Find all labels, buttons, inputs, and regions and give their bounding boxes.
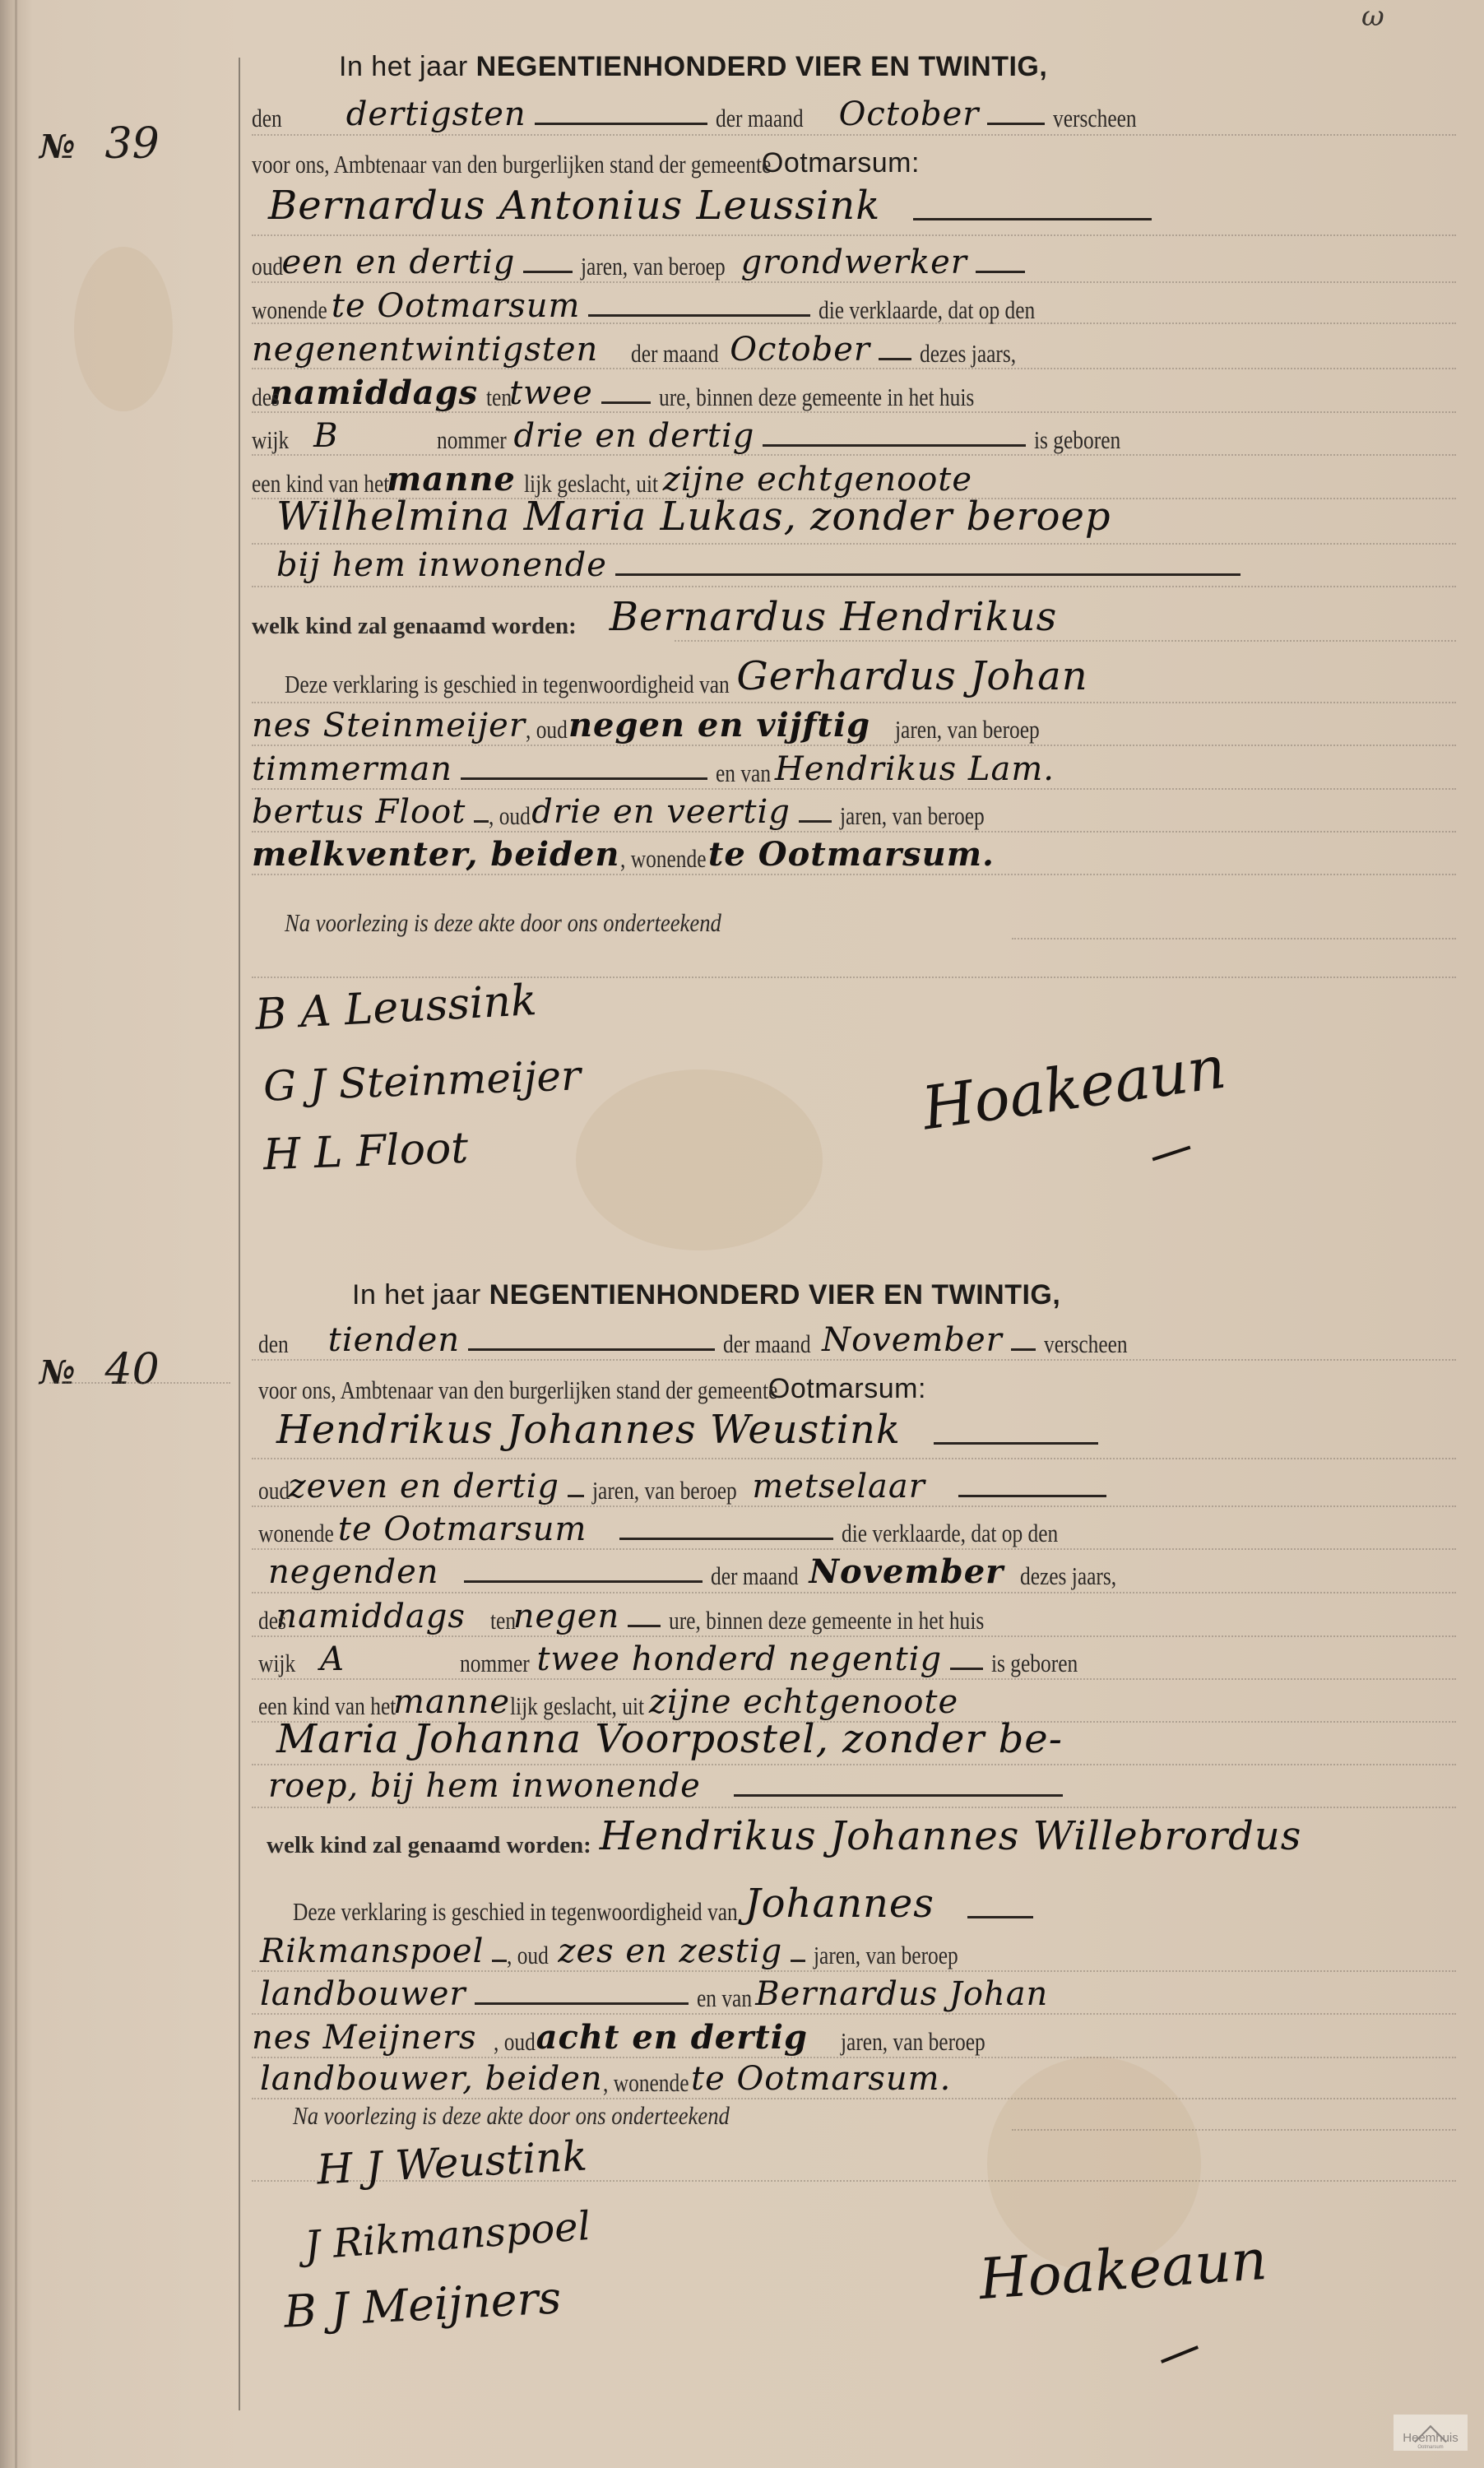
handwritten-hour: negen xyxy=(513,1598,619,1635)
entry-number: №39 xyxy=(39,119,160,169)
line-residence: wonende te Ootmarsum die verklaarde, dat… xyxy=(252,1507,1456,1548)
printed-jaren-beroep: jaren, van beroep xyxy=(581,252,726,281)
printed-municipality: Ootmarsum: xyxy=(762,147,920,179)
printed-wonende: , wonende xyxy=(620,844,706,874)
printed-den: den xyxy=(258,1329,289,1359)
line-witness2-intro: timmerman en van Hendrikus Lam. xyxy=(252,747,1456,788)
rule xyxy=(252,1807,1456,1808)
handwritten-witness2-surname: nes Meijners xyxy=(252,2019,477,2057)
printed-wonende: wonende xyxy=(252,295,327,325)
rule xyxy=(252,134,1456,136)
line-declarant: Hendrikus Johannes Weustink xyxy=(252,1412,1456,1453)
signature-flourish xyxy=(1152,1146,1191,1162)
handwritten-mother-name: Wilhelmina Maria Lukas, zonder beroep xyxy=(276,494,1111,540)
printed-wijk: wijk xyxy=(258,1649,295,1678)
fill-dash xyxy=(464,1580,703,1583)
printed-closing-statement: Na voorlezing is deze akte door ons onde… xyxy=(285,908,721,938)
fill-dash xyxy=(628,1625,661,1627)
fill-dash xyxy=(1011,1348,1036,1351)
printed-ure-binnen: ure, binnen deze gemeente in het huis xyxy=(669,1606,984,1635)
printed-welk-kind: welk kind zal genaamd worden: xyxy=(267,1832,591,1859)
printed-jaren-beroep: jaren, van beroep xyxy=(895,715,1040,745)
signature-declarant: B A Leussink xyxy=(254,976,538,1040)
fill-dash xyxy=(535,123,707,125)
handwritten-birth-day: negenentwintigsten xyxy=(252,331,598,369)
line-mother-name: Wilhelmina Maria Lukas, zonder beroep xyxy=(252,499,1456,540)
fill-dash xyxy=(987,123,1045,125)
line-sex-mother: een kind van het manne lijk geslacht, ui… xyxy=(252,457,1456,499)
printed-der-maand: der maand xyxy=(631,339,719,369)
fill-dash xyxy=(523,271,573,273)
numero-symbol: № xyxy=(39,128,75,166)
line-address: wijk B nommer drie en dertig is geboren xyxy=(252,414,1456,455)
printed-official-text: voor ons, Ambtenaar van den burgerlijken… xyxy=(258,1375,777,1405)
printed-des: des xyxy=(252,383,280,412)
printed-jaren-beroep: jaren, van beroep xyxy=(840,801,985,831)
line-witness2-occupation: melkventer, beiden , wonende te Ootmarsu… xyxy=(252,833,1456,874)
fill-dash xyxy=(615,573,1241,576)
printed-den: den xyxy=(252,104,282,133)
printed-dezes-jaars: dezes jaars, xyxy=(1020,1561,1116,1591)
printed-nommer: nommer xyxy=(460,1649,530,1678)
fill-dash xyxy=(461,777,707,780)
signature-official: Hoakeaun xyxy=(918,1032,1230,1144)
printed-ten: ten xyxy=(490,1606,516,1635)
handwritten-witness-residence: te Ootmarsum. xyxy=(708,835,995,874)
line-birth-date: negenden der maand November dezes jaars, xyxy=(252,1550,1456,1591)
printed-dezes-jaars: dezes jaars, xyxy=(920,339,1016,369)
printed-verklaarde: die verklaarde, dat op den xyxy=(842,1519,1058,1548)
printed-verklaarde: die verklaarde, dat op den xyxy=(819,295,1035,325)
fill-dash xyxy=(475,2002,689,2005)
fill-dash xyxy=(879,358,911,360)
line-child-name: welk kind zal genaamd worden: Hendrikus … xyxy=(252,1818,1456,1859)
handwritten-witness1-name: Johannes xyxy=(744,1881,934,1927)
line-closing: Na voorlezing is deze akte door ons onde… xyxy=(252,2090,1456,2131)
rule xyxy=(252,1359,1456,1361)
handwritten-ward: B xyxy=(313,417,437,455)
handwritten-house-number: twee honderd negentig xyxy=(536,1640,942,1678)
line-witness2-age: nes Meijners , oud acht en dertig jaren,… xyxy=(252,2016,1456,2057)
printed-closing-statement: Na voorlezing is deze akte door ons onde… xyxy=(293,2101,730,2131)
line-cohabiting: bij hem inwonende xyxy=(252,543,1456,584)
line-sex-mother: een kind van het manne lijk geslacht, ui… xyxy=(252,1680,1456,1721)
printed-is-geboren: is geboren xyxy=(991,1649,1078,1678)
handwritten-witness2-surname: bertus Floot xyxy=(252,793,466,831)
handwritten-witness2-age: drie en veertig xyxy=(531,793,791,831)
printed-der-maand: der maand xyxy=(723,1329,811,1359)
numero-symbol: № xyxy=(39,1353,75,1392)
printed-ten: ten xyxy=(486,383,512,412)
printed-jaren-beroep: jaren, van beroep xyxy=(814,1941,958,1970)
entry-number-value: 39 xyxy=(104,119,159,169)
handwritten-hour: twee xyxy=(509,374,593,412)
handwritten-declarant-name: Bernardus Antonius Leussink xyxy=(268,183,880,229)
handwritten-witness2-age: acht en dertig xyxy=(536,2018,808,2057)
heemhuis-watermark: Heemhuis Ootmarsum xyxy=(1394,2415,1468,2451)
fill-dash xyxy=(601,401,651,404)
handwritten-residence: te Ootmarsum xyxy=(338,1510,587,1548)
fill-dash xyxy=(958,1495,1106,1497)
handwritten-month: November xyxy=(822,1321,1003,1359)
line-birth-time: des namiddags ten negen ure, binnen deze… xyxy=(252,1594,1456,1635)
fill-dash xyxy=(568,1495,584,1497)
printed-oud: oud xyxy=(252,252,283,281)
fill-dash xyxy=(913,218,1152,220)
signature-flourish xyxy=(1161,2345,1199,2364)
printed-official-text: voor ons, Ambtenaar van den burgerlijken… xyxy=(252,150,771,179)
margin-rule xyxy=(239,58,240,2410)
printed-tegenwoordigheid: Deze verklaring is geschied in tegenwoor… xyxy=(285,670,730,699)
entry-number-value: 40 xyxy=(104,1345,159,1394)
signature-witness-2: H L Floot xyxy=(262,1124,469,1181)
handwritten-occupation: grondwerker xyxy=(741,244,967,281)
header-year: NEGENTIENHONDERD VIER EN TWINTIG, xyxy=(489,1279,1061,1311)
printed-en-van: en van xyxy=(697,1983,752,2013)
handwritten-month: October xyxy=(839,95,980,133)
handwritten-witness2-occupation: melkventer, beiden xyxy=(252,835,620,874)
rule xyxy=(252,977,1456,978)
printed-oud: oud xyxy=(258,1476,290,1505)
handwritten-witness1-age: negen en vijftig xyxy=(568,706,870,745)
line-age-occupation: oud een en dertig jaren, van beroep gron… xyxy=(252,240,1456,281)
printed-en-van: en van xyxy=(716,758,771,788)
handwritten-witness1-surname: nes Steinmeijer xyxy=(252,707,526,745)
signature-witness-1: G J Steinmeijer xyxy=(262,1051,582,1110)
paper-stain xyxy=(74,247,173,411)
fill-dash xyxy=(474,820,489,823)
line-witness2-intro: landbouwer en van Bernardus Johan xyxy=(252,1972,1456,2013)
signature-witness-2: B J Meijners xyxy=(283,2271,563,2338)
printed-wonende: wonende xyxy=(258,1519,334,1548)
line-mother-name: Maria Johanna Voorpostel, zonder be- xyxy=(252,1721,1456,1762)
header-year: NEGENTIENHONDERD VIER EN TWINTIG, xyxy=(476,51,1048,82)
fill-dash xyxy=(950,1668,983,1670)
line-birth-time: des namiddags ten twee ure, binnen deze … xyxy=(252,371,1456,412)
printed-der-maand: der maand xyxy=(711,1561,799,1591)
printed-ure-binnen: ure, binnen deze gemeente in het huis xyxy=(659,383,974,412)
entry-header: In het jaar NEGENTIENHONDERD VIER EN TWI… xyxy=(352,1279,1060,1311)
signature-declarant: H J Weustink xyxy=(316,2132,588,2193)
handwritten-daypart: namiddags xyxy=(276,1598,466,1635)
printed-des: des xyxy=(258,1606,286,1635)
fill-dash xyxy=(588,314,810,317)
fill-dash xyxy=(734,1794,1063,1797)
handwritten-ward: A xyxy=(320,1640,460,1678)
handwritten-witness1-occupation: timmerman xyxy=(252,750,452,788)
handwritten-daypart: namiddags xyxy=(269,373,478,412)
handwritten-age: een en dertig xyxy=(282,244,516,281)
handwritten-day: dertigsten xyxy=(346,95,526,133)
handwritten-house-number: drie en dertig xyxy=(513,417,754,455)
rule xyxy=(49,1382,230,1384)
handwritten-declarant-name: Hendrikus Johannes Weustink xyxy=(276,1407,901,1453)
rule xyxy=(1012,938,1456,939)
fill-dash xyxy=(791,1960,805,1962)
rule xyxy=(252,281,1456,283)
printed-tegenwoordigheid: Deze verklaring is geschied in tegenwoor… xyxy=(293,1897,738,1927)
line-closing: Na voorlezing is deze akte door ons onde… xyxy=(252,897,1456,938)
handwritten-residence: te Ootmarsum xyxy=(332,287,581,325)
printed-der-maand: der maand xyxy=(716,104,804,133)
house-roof-icon xyxy=(1414,2425,1447,2458)
rule xyxy=(675,640,1456,642)
handwritten-sex: manne xyxy=(387,460,516,499)
handwritten-witness1-occupation: landbouwer xyxy=(260,1975,466,2013)
printed-oud: , oud xyxy=(494,2027,536,2057)
handwritten-day: tienden xyxy=(328,1321,460,1359)
line-child-name: welk kind zal genaamd worden: Bernardus … xyxy=(252,599,1456,640)
handwritten-mother-name: Maria Johanna Voorpostel, zonder be- xyxy=(276,1716,1063,1762)
fill-dash xyxy=(468,1348,715,1351)
line-witness-intro: Deze verklaring is geschied in tegenwoor… xyxy=(252,658,1456,699)
line-cohabiting: roep, bij hem inwonende xyxy=(252,1764,1456,1805)
handwritten-cohabiting: roep, bij hem inwonende xyxy=(268,1767,701,1805)
header-prefix: In het jaar xyxy=(339,51,468,82)
fill-dash xyxy=(934,1442,1098,1445)
printed-municipality: Ootmarsum: xyxy=(768,1373,926,1405)
printed-verscheen: verscheen xyxy=(1044,1329,1128,1359)
line-witness-intro: Deze verklaring is geschied in tegenwoor… xyxy=(252,1886,1456,1927)
handwritten-witness2-name: Hendrikus Lam. xyxy=(775,750,1055,788)
line-declarant: Bernardus Antonius Leussink xyxy=(252,188,1456,229)
handwritten-child-name: Bernardus Hendrikus xyxy=(610,594,1057,640)
handwritten-child-name: Hendrikus Johannes Willebrordus xyxy=(600,1813,1302,1859)
handwritten-occupation: metselaar xyxy=(752,1468,925,1505)
rule xyxy=(252,234,1456,236)
handwritten-birth-month: October xyxy=(730,331,870,369)
printed-jaren-beroep: jaren, van beroep xyxy=(841,2027,985,2057)
printed-welk-kind: welk kind zal genaamd worden: xyxy=(252,613,577,640)
rule xyxy=(252,874,1456,875)
rule xyxy=(252,1458,1456,1459)
fill-dash xyxy=(967,1916,1033,1918)
printed-is-geboren: is geboren xyxy=(1034,425,1120,455)
signature-witness-1: J Rikmanspoel xyxy=(303,2203,591,2269)
handwritten-witness1-age: zes en zestig xyxy=(558,1932,782,1970)
handwritten-birth-month: November xyxy=(809,1552,1004,1591)
paper-stain xyxy=(576,1069,823,1250)
rule xyxy=(252,586,1456,587)
rule xyxy=(252,1592,1456,1594)
printed-oud: , oud xyxy=(526,715,568,745)
line-birth-date: negenentwintigsten der maand October dez… xyxy=(252,327,1456,369)
page-edge-line xyxy=(15,0,17,2468)
line-witness1-age: nes Steinmeijer , oud negen en vijftig j… xyxy=(252,703,1456,745)
line-date: den tienden der maand November verscheen xyxy=(252,1318,1456,1359)
fill-dash xyxy=(492,1960,507,1962)
handwritten-witness1-surname: Rikmanspoel xyxy=(260,1932,484,1970)
printed-nommer: nommer xyxy=(437,425,507,455)
fill-dash xyxy=(619,1538,833,1540)
handwritten-witness1-name: Gerhardus Johan xyxy=(736,653,1087,699)
printed-wijk: wijk xyxy=(252,425,289,455)
printed-oud: , oud xyxy=(489,801,531,831)
entry-header: In het jaar NEGENTIENHONDERD VIER EN TWI… xyxy=(339,51,1047,83)
handwritten-cohabiting: bij hem inwonende xyxy=(276,546,607,584)
line-date: den dertigsten der maand October versche… xyxy=(252,92,1456,133)
line-witness2-age: bertus Floot , oud drie en veertig jaren… xyxy=(252,790,1456,831)
rule xyxy=(252,2013,1456,2015)
printed-verscheen: verscheen xyxy=(1053,104,1137,133)
entry-number: №40 xyxy=(39,1345,160,1394)
rule xyxy=(252,745,1456,746)
printed-jaren-beroep: jaren, van beroep xyxy=(592,1476,737,1505)
corner-page-mark: ω xyxy=(1361,0,1384,33)
line-address: wijk A nommer twee honderd negentig is g… xyxy=(252,1637,1456,1678)
line-official: voor ons, Ambtenaar van den burgerlijken… xyxy=(252,1364,1456,1405)
fill-dash xyxy=(763,444,1026,447)
printed-oud: , oud xyxy=(507,1941,549,1970)
line-witness1-age: Rikmanspoel , oud zes en zestig jaren, v… xyxy=(252,1929,1456,1970)
handwritten-age: zeven en dertig xyxy=(289,1468,560,1505)
fill-dash xyxy=(976,271,1025,273)
fill-dash xyxy=(799,820,832,823)
handwritten-witness2-name: Bernardus Johan xyxy=(755,1975,1048,2013)
line-age-occupation: oud zeven en dertig jaren, van beroep me… xyxy=(252,1464,1456,1505)
handwritten-birth-day: negenden xyxy=(268,1553,439,1591)
line-residence: wonende te Ootmarsum die verklaarde, dat… xyxy=(252,284,1456,325)
line-official: voor ons, Ambtenaar van den burgerlijken… xyxy=(252,138,1456,179)
header-prefix: In het jaar xyxy=(352,1279,481,1311)
